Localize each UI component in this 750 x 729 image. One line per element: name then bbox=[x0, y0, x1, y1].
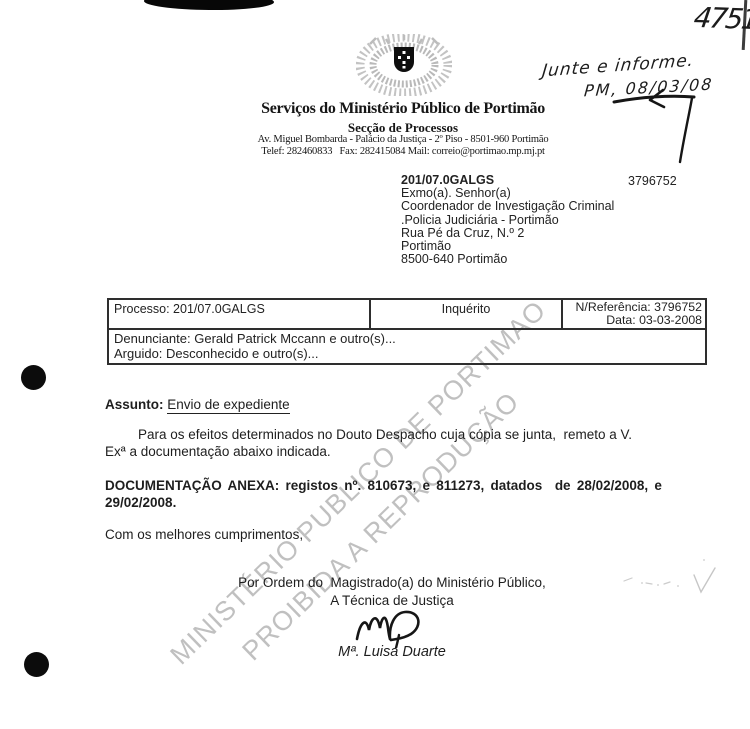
table-cell-processo: Processo: 201/07.0GALGS bbox=[109, 300, 371, 328]
handwritten-page-number: 4751 bbox=[692, 1, 750, 36]
anexa-line: DOCUMENTAÇÃO ANEXA: registos nº. 810673,… bbox=[105, 478, 723, 495]
signoff-line: Por Ordem do Magistrado(a) do Ministério… bbox=[238, 574, 546, 592]
anexa-paragraph: DOCUMENTAÇÃO ANEXA: registos nº. 810673,… bbox=[105, 478, 723, 511]
table-cell-referencia-data: N/Referência: 3796752 Data: 03-03-2008 bbox=[563, 300, 705, 328]
body-paragraph: Para os efeitos determinados no Douto De… bbox=[105, 426, 723, 460]
handwritten-flourish-arrow bbox=[600, 88, 710, 172]
arguido-line: Arguido: Desconhecido e outro(s)... bbox=[114, 346, 705, 361]
signer-name: Mª. Luisa Duarte bbox=[172, 644, 612, 660]
assunto-line: Assunto: Envio de expediente bbox=[105, 397, 290, 412]
data-value: Data: 03-03-2008 bbox=[563, 314, 702, 327]
table-row: Denunciante: Gerald Patrick Mccann e out… bbox=[109, 330, 705, 363]
recipient-line: 8500-640 Portimão bbox=[401, 253, 614, 266]
paragraph-line: Para os efeitos determinados no Douto De… bbox=[105, 426, 723, 443]
signoff-block: Por Ordem do Magistrado(a) do Ministério… bbox=[172, 574, 612, 610]
org-address: Av. Miguel Bombarda - Palácio da Justiça… bbox=[203, 134, 603, 145]
paragraph-line: Exª a documentação abaixo indicada. bbox=[105, 443, 723, 460]
org-name: Serviços do Ministério Público de Portim… bbox=[203, 100, 603, 118]
table-row: Processo: 201/07.0GALGS Inquérito N/Refe… bbox=[109, 300, 705, 330]
handwritten-signature bbox=[350, 606, 440, 648]
org-contact: Telef: 282460833 Fax: 282415084 Mail: co… bbox=[203, 146, 603, 157]
faint-pencil-marks bbox=[612, 548, 742, 608]
anexa-line: 29/02/2008. bbox=[105, 495, 723, 512]
scan-artifact-top-blob bbox=[144, 0, 274, 11]
reference-table: Processo: 201/07.0GALGS Inquérito N/Refe… bbox=[107, 298, 707, 365]
assunto-label: Assunto: bbox=[105, 397, 164, 412]
hole-punch-mark-upper bbox=[21, 365, 46, 390]
assunto-value: Envio de expediente bbox=[167, 397, 289, 414]
recipient-line: .Policia Judiciária - Portimão bbox=[401, 214, 614, 227]
coat-of-arms-emblem bbox=[356, 34, 452, 96]
recipient-block: 201/07.0GALGS Exmo(a). Senhor(a) Coorden… bbox=[401, 174, 614, 266]
recipient-line: Coordenador de Investigação Criminal bbox=[401, 200, 614, 213]
denunciante-line: Denunciante: Gerald Patrick Mccann e out… bbox=[114, 331, 705, 346]
reference-number: 3796752 bbox=[628, 174, 677, 188]
hole-punch-mark-lower bbox=[24, 652, 49, 677]
scanned-letter-page: MINISTÉRIO PUBLICO DE PORTIMAO PROIBIDA … bbox=[0, 0, 750, 729]
closing-line: Com os melhores cumprimentos, bbox=[105, 527, 303, 542]
table-cell-tipo: Inquérito bbox=[371, 300, 563, 328]
